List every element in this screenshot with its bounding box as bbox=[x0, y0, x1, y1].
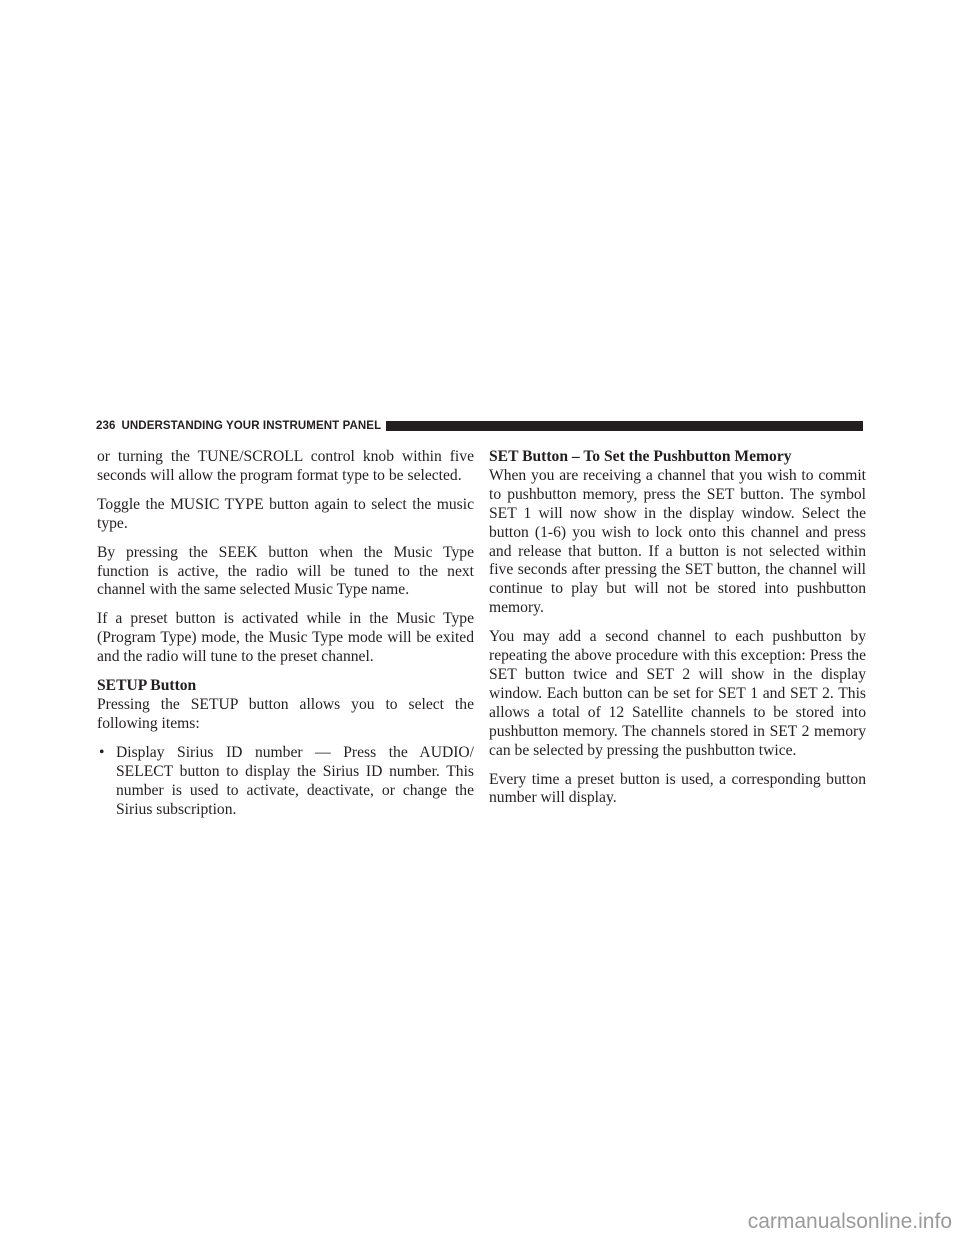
paragraph: Pressing the SETUP button allows you to … bbox=[97, 696, 474, 734]
right-column: SET Button – To Set the Pushbutton Memor… bbox=[489, 448, 866, 818]
paragraph: When you are receiving a channel that yo… bbox=[489, 467, 866, 618]
bullet-text: Display Sirius ID number — Press the AUD… bbox=[116, 744, 474, 820]
section-title: UNDERSTANDING YOUR INSTRUMENT PANEL bbox=[122, 420, 382, 432]
set-heading: SET Button – To Set the Pushbutton Memor… bbox=[489, 448, 866, 467]
paragraph: You may add a second channel to each pus… bbox=[489, 628, 866, 760]
page-header: 236 UNDERSTANDING YOUR INSTRUMENT PANEL bbox=[96, 418, 863, 434]
paragraph: or turning the TUNE/SCROLL control knob … bbox=[97, 448, 474, 486]
paragraph: If a preset button is activated while in… bbox=[97, 610, 474, 667]
page-number: 236 bbox=[96, 420, 116, 432]
bullet-item: • Display Sirius ID number — Press the A… bbox=[97, 744, 474, 820]
left-column: or turning the TUNE/SCROLL control knob … bbox=[97, 448, 474, 819]
bullet-icon: • bbox=[97, 744, 116, 820]
header-rule bbox=[386, 421, 863, 431]
paragraph: Every time a preset button is used, a co… bbox=[489, 771, 866, 809]
watermark: carmanualsonline.info bbox=[748, 1210, 952, 1234]
paragraph: By pressing the SEEK button when the Mus… bbox=[97, 544, 474, 601]
paragraph: Toggle the MUSIC TYPE button again to se… bbox=[97, 496, 474, 534]
setup-heading: SETUP Button bbox=[97, 677, 474, 696]
